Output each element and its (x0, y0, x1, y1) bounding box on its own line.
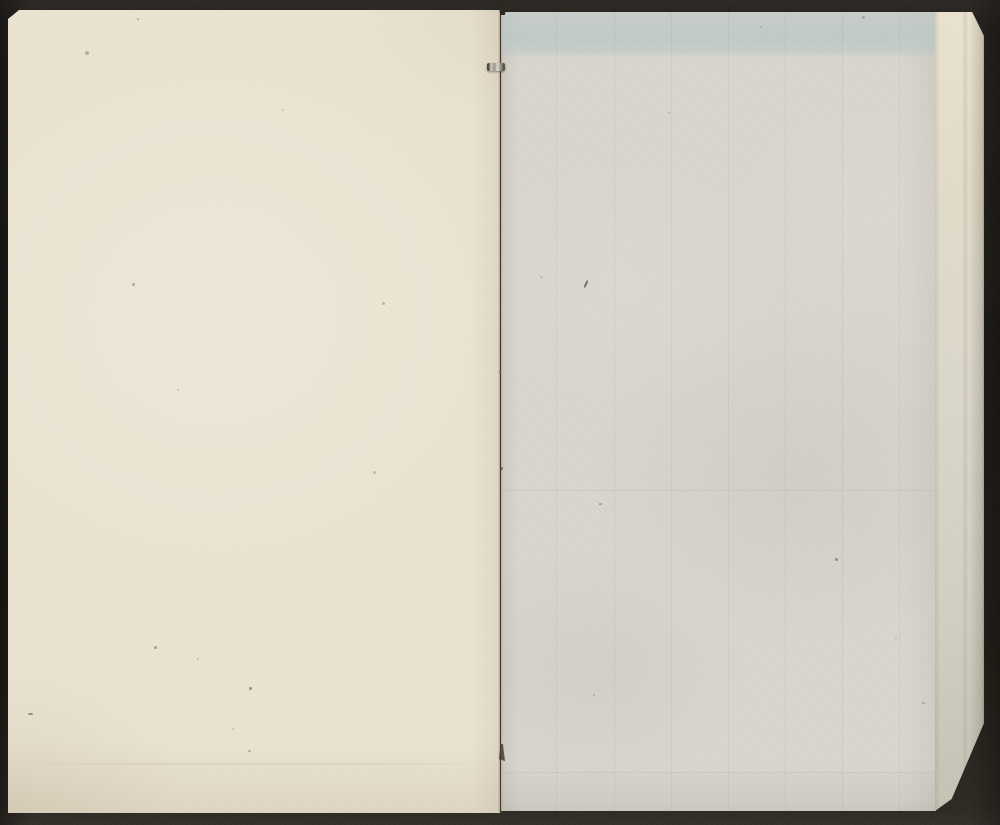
spine (498, 10, 503, 812)
paper-speck (137, 18, 139, 20)
paper-speck (248, 750, 251, 752)
paper-speck (835, 558, 838, 561)
paper-speck (132, 283, 135, 286)
paper-laid-lines (501, 12, 936, 811)
book-scan (0, 0, 1000, 825)
paper-speck (232, 728, 234, 730)
right-page (501, 12, 936, 811)
paper-crease (8, 763, 500, 765)
paper-speck (499, 371, 501, 374)
paper-speck (28, 713, 33, 715)
paper-speck (727, 399, 729, 401)
left-page (8, 10, 500, 813)
laid-line (501, 772, 936, 773)
paper-speck (760, 26, 762, 28)
laid-line (501, 490, 936, 491)
paper-speck (177, 389, 179, 391)
paper-speck (197, 658, 199, 660)
paper-speck (540, 276, 543, 278)
paper-speck (154, 646, 157, 649)
paper-speck (593, 694, 595, 696)
paper-speck (599, 503, 602, 505)
paper-speck (668, 112, 670, 114)
paper-speck (500, 467, 503, 470)
page-stack-edge (935, 12, 984, 811)
paper-speck (382, 302, 385, 305)
paper-speck (895, 637, 897, 639)
paper-speck (373, 471, 376, 474)
paper-speck (249, 687, 252, 690)
paper-speck (282, 109, 284, 111)
paper-speck (862, 16, 865, 19)
paper-speck (85, 51, 89, 55)
binding-staple-icon (487, 63, 505, 71)
paper-speck (922, 702, 925, 704)
